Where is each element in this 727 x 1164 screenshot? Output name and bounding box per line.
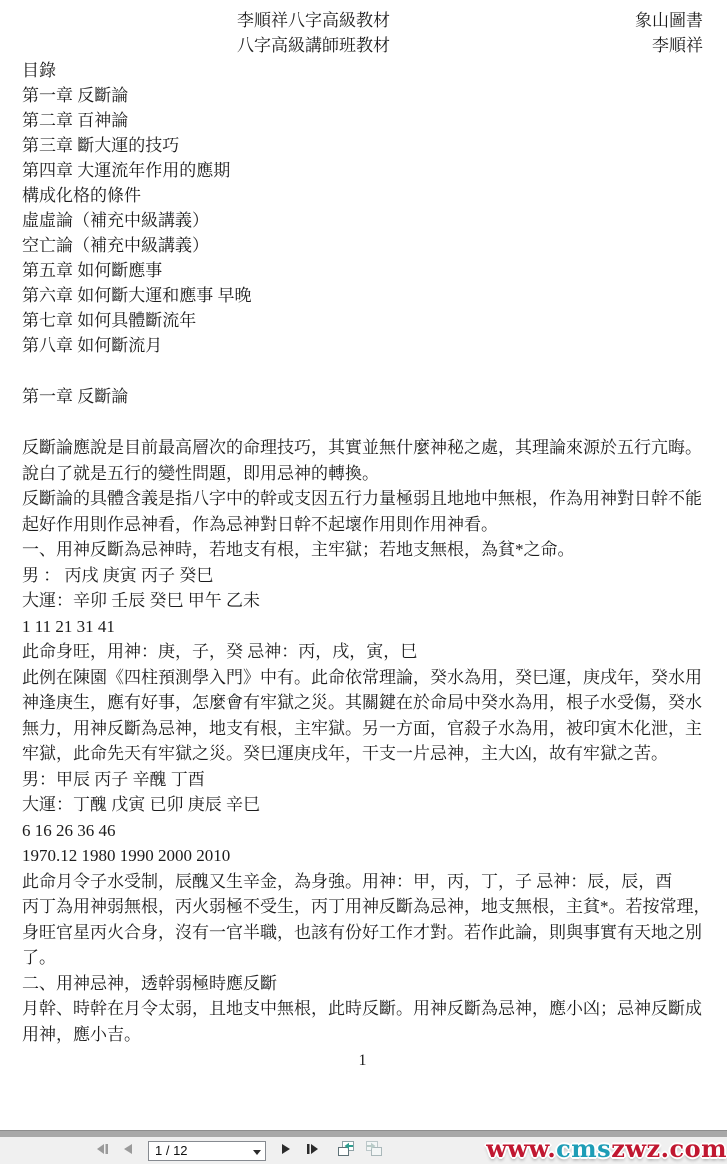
next-page-icon [281, 1143, 291, 1158]
watermark-text-segment: cms [556, 1134, 611, 1163]
header-author: 李順祥 [652, 33, 703, 58]
toc-line: 第三章 斷大運的技巧 [22, 133, 703, 158]
text-line: 起好作用則作忌神看，作為忌神對日幹不起壞作用則作用神看。 [22, 512, 703, 538]
toolbar-row: 1 / 12 [0, 1137, 727, 1164]
table-of-contents: 目錄第一章 反斷論第二章 百神論第三章 斷大運的技巧第四章 大運流年作用的應期構… [22, 58, 703, 358]
header-subtitle: 八字高級講師班教材 [237, 33, 390, 58]
text-line: 神逢庚生，應有好事，怎麼會有牢獄之災。其關鍵在於命局中癸水為用，根子水受傷，癸水 [22, 690, 703, 716]
text-line: 二、用神忌神，透幹弱極時應反斷 [22, 971, 703, 997]
toc-line: 空亡論（補充中級講義） [22, 233, 703, 258]
text-line: 1 11 21 31 41 [22, 614, 703, 640]
toc-line: 第二章 百神論 [22, 108, 703, 133]
toc-line: 第五章 如何斷應事 [22, 258, 703, 283]
document-header-row-2: 八字高級講師班教材 李順祥 [22, 33, 703, 58]
page-indicator-text: 1 / 12 [155, 1143, 253, 1158]
text-line: 男 ： 丙戌 庚寅 丙子 癸巳 [22, 563, 703, 589]
text-line: 此例在陳園《四柱預測學入門》中有。此命依常理論，癸水為用，癸巳運，庚戌年，癸水用 [22, 665, 703, 691]
toc-line: 第一章 反斷論 [22, 83, 703, 108]
text-line: 月幹、時幹在月令太弱，且地支中無根，此時反斷。用神反斷為忌神，應小凶；忌神反斷成 [22, 996, 703, 1022]
text-line: 此命月令子水受制，辰醜又生辛金，為身強。用神：甲，丙，丁，子 忌神：辰，辰，酉 [22, 869, 703, 895]
next-page-button[interactable] [276, 1141, 296, 1161]
text-line: 無力，用神反斷為忌神，地支有根，主牢獄。另一方面，官殺子水為用，被印寅木化泄，主 [22, 716, 703, 742]
text-line: 6 16 26 36 46 [22, 818, 703, 844]
header-title: 李順祥八字高級教材 [237, 8, 390, 33]
previous-view-icon [337, 1141, 355, 1160]
text-line: 一、用神反斷為忌神時，若地支有根，主牢獄；若地支無根，為貧*之命。 [22, 537, 703, 563]
text-line: 牢獄，此命先天有牢獄之災。癸巳運庚戌年，干支一片忌神，主大凶，故有牢獄之苦。 [22, 741, 703, 767]
document-header-row-1: 李順祥八字高級教材 象山圖書 [22, 8, 703, 33]
next-view-button[interactable] [364, 1141, 384, 1161]
text-line: 說白了就是五行的變性問題，即用忌神的轉換。 [22, 461, 703, 487]
text-line: 身旺官星丙火合身，沒有一官半職，也該有份好工作才對。若作此論，則與事實有天地之別 [22, 920, 703, 946]
first-page-button[interactable] [92, 1141, 112, 1161]
body-text: 反斷論應說是目前最高層次的命理技巧，其實並無什麼神秘之處，其理論來源於五行亢晦。… [22, 435, 703, 1047]
next-view-icon [365, 1141, 383, 1160]
text-line: 此命身旺，用神：庚，子，癸 忌神：丙，戌，寅，巳 [22, 639, 703, 665]
page-navigation: 1 / 12 [92, 1141, 384, 1161]
previous-page-icon [123, 1143, 133, 1158]
page-number: 1 [22, 1048, 703, 1073]
toc-line: 虛虛論（補充中級講義） [22, 208, 703, 233]
text-line: 丙丁為用神弱無根，丙火弱極不受生，丙丁用神反斷為忌神，地支無根，主貧*。若按常理… [22, 894, 703, 920]
last-page-icon [306, 1143, 319, 1158]
text-line: 1970.12 1980 1990 2000 2010 [22, 843, 703, 869]
text-line: 用神，應小吉。 [22, 1022, 703, 1048]
header-publisher: 象山圖書 [635, 8, 703, 33]
watermark-text-segment: zwz.com [611, 1134, 727, 1163]
toc-line: 第六章 如何斷大運和應事 早晚 [22, 283, 703, 308]
text-line: 男：甲辰 丙子 辛醜 丁酉 [22, 767, 703, 793]
reader-toolbar: 1 / 12 [0, 1130, 727, 1164]
text-line: 大運：丁醜 戊寅 已卯 庚辰 辛巳 [22, 792, 703, 818]
first-page-icon [96, 1143, 109, 1158]
text-line: 反斷論應說是目前最高層次的命理技巧，其實並無什麼神秘之處，其理論來源於五行亢晦。 [22, 435, 703, 461]
previous-page-button[interactable] [118, 1141, 138, 1161]
text-line: 了。 [22, 945, 703, 971]
watermark-text-segment: www. [486, 1134, 556, 1163]
text-line: 大運：辛卯 壬辰 癸巳 甲午 乙未 [22, 588, 703, 614]
view-history-buttons [336, 1141, 384, 1161]
dropdown-caret-icon [253, 1143, 261, 1158]
document-page: 李順祥八字高級教材 象山圖書 八字高級講師班教材 李順祥 目錄第一章 反斷論第二… [0, 0, 727, 1130]
text-line: 反斷論的具體含義是指八字中的幹或支因五行力量極弱且地地中無根，作為用神對日幹不能 [22, 486, 703, 512]
toc-line: 第七章 如何具體斷流年 [22, 308, 703, 333]
toc-line: 目錄 [22, 58, 703, 83]
toc-line: 構成化格的條件 [22, 183, 703, 208]
toc-line: 第八章 如何斷流月 [22, 333, 703, 358]
watermark: www.cmszwz.com [486, 1134, 727, 1163]
toc-line: 第四章 大運流年作用的應期 [22, 158, 703, 183]
chapter-heading: 第一章 反斷論 [22, 384, 703, 409]
previous-view-button[interactable] [336, 1141, 356, 1161]
page-indicator-combobox[interactable]: 1 / 12 [148, 1141, 266, 1161]
last-page-button[interactable] [302, 1141, 322, 1161]
